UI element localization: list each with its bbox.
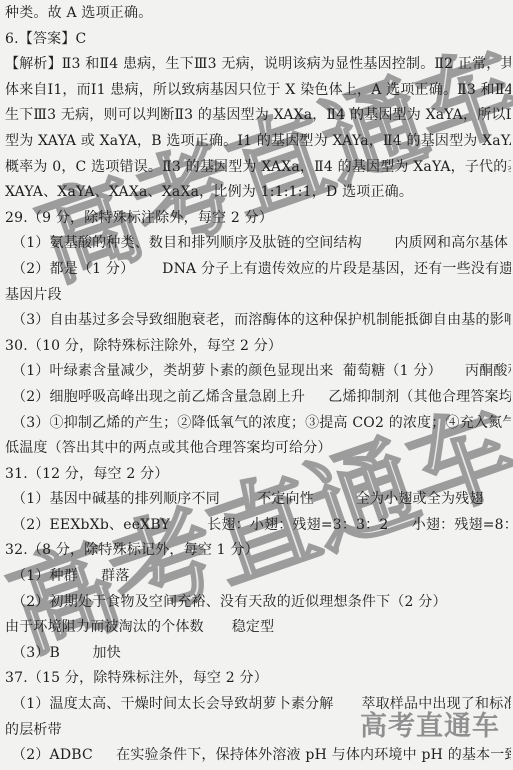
text-line: 生下Ⅲ3 无病，则可以判断Ⅱ3 的基因型为 XAXa，Ⅱ4 的基因型为 XaYA… (5, 103, 511, 129)
text-line: 30.（10 分，除特殊标注除外，每空 2 分） (5, 334, 511, 360)
text-line: （2）EEXbXb、eeXBY 长翅：小翅：残翅=3：3：2 小翅：残翅=8：1 (5, 513, 511, 539)
text-line: （1）基因中碱基的排列顺序不同 不定向性 全为小翅或全为残翅 (5, 487, 511, 513)
text-line: 32.（8 分，除特殊标记外，每空 1 分） (5, 538, 511, 564)
text-line: 31.（12 分，每空 2 分） (5, 462, 511, 488)
text-line: （3）①抑制乙烯的产生；②降低氧气的浓度；③提高 CO2 的浓度；④充入氮气；⑤… (5, 411, 511, 437)
text-line: （1）叶绿素含量减少，类胡萝卜素的颜色显现出来 葡萄糖（1 分） 丙酮酸和水（1… (5, 359, 511, 385)
brand-watermark-text: 高考直通车 (360, 711, 500, 743)
text-line: （3）自由基过多会导致细胞衰老，而溶酶体的这种保护机制能抵御自由基的影响 (5, 308, 511, 334)
text-line: 29.（9 分，除特殊标注除外，每空 2 分） (5, 206, 511, 232)
text-line: （2）初期处于食物及空间充裕、没有天敌的近似理想条件下（2 分） (5, 590, 511, 616)
text-line: 体来自Ⅰ1，而Ⅰ1 患病，所以致病基因只位于 X 染色体上，A 选项正确。Ⅱ3 … (5, 78, 511, 104)
answer-text-block: 种类。故 A 选项正确。6.【答案】C【解析】Ⅱ3 和Ⅱ4 患病，生下Ⅲ3 无病… (5, 1, 511, 769)
text-line: 种类。故 A 选项正确。 (5, 1, 511, 27)
scanned-answer-document-page: 高考直通车 高考直通车 种类。故 A 选项正确。6.【答案】C【解析】Ⅱ3 和Ⅱ… (0, 0, 513, 770)
text-line: （1）氨基酸的种类、数目和排列顺序及肽链的空间结构 内质网和高尔基体 (5, 231, 511, 257)
text-line: （3）B 加快 (5, 641, 511, 667)
text-line: 型为 XAYA 或 XaYA，B 选项正确。Ⅰ1 的基因型为 XAYa，Ⅱ4 的… (5, 129, 511, 155)
text-line: 6.【答案】C (5, 27, 511, 53)
text-line: （2）都是（1 分） DNA 分子上有遗传效应的片段是基因，还有一些没有遗传效应… (5, 257, 511, 283)
text-line: 低温度（答出其中的两点或其他合理答案均可给分） (5, 436, 511, 462)
text-line: （1）种群 群落 (5, 564, 511, 590)
text-line: 概率为 0，C 选项错误。Ⅱ3 的基因型为 XAXa，Ⅱ4 的基因型为 XaYA… (5, 155, 511, 181)
text-line: 【解析】Ⅱ3 和Ⅱ4 患病，生下Ⅲ3 无病，说明该病为显性基因控制。Ⅱ2 正常，… (5, 52, 511, 78)
text-line: （2）ADBC 在实验条件下，保持体外溶液 pH 与体内环境中 pH 的基本一致… (5, 743, 511, 769)
text-line: 基因片段 (5, 283, 511, 309)
text-line: 37.（15 分，除特殊标注外，每空 2 分） (5, 666, 511, 692)
text-line: XAYA、XaYA、XAXa、XaXa，比例为 1:1:1:1，D 选项正确。 (5, 180, 511, 206)
text-line: 由于环境阻力而被淘汰的个体数 稳定型 (5, 615, 511, 641)
text-line: （2）细胞呼吸高峰出现之前乙烯含量急剧上升 乙烯抑制剂（其他合理答案均可给分） (5, 385, 511, 411)
